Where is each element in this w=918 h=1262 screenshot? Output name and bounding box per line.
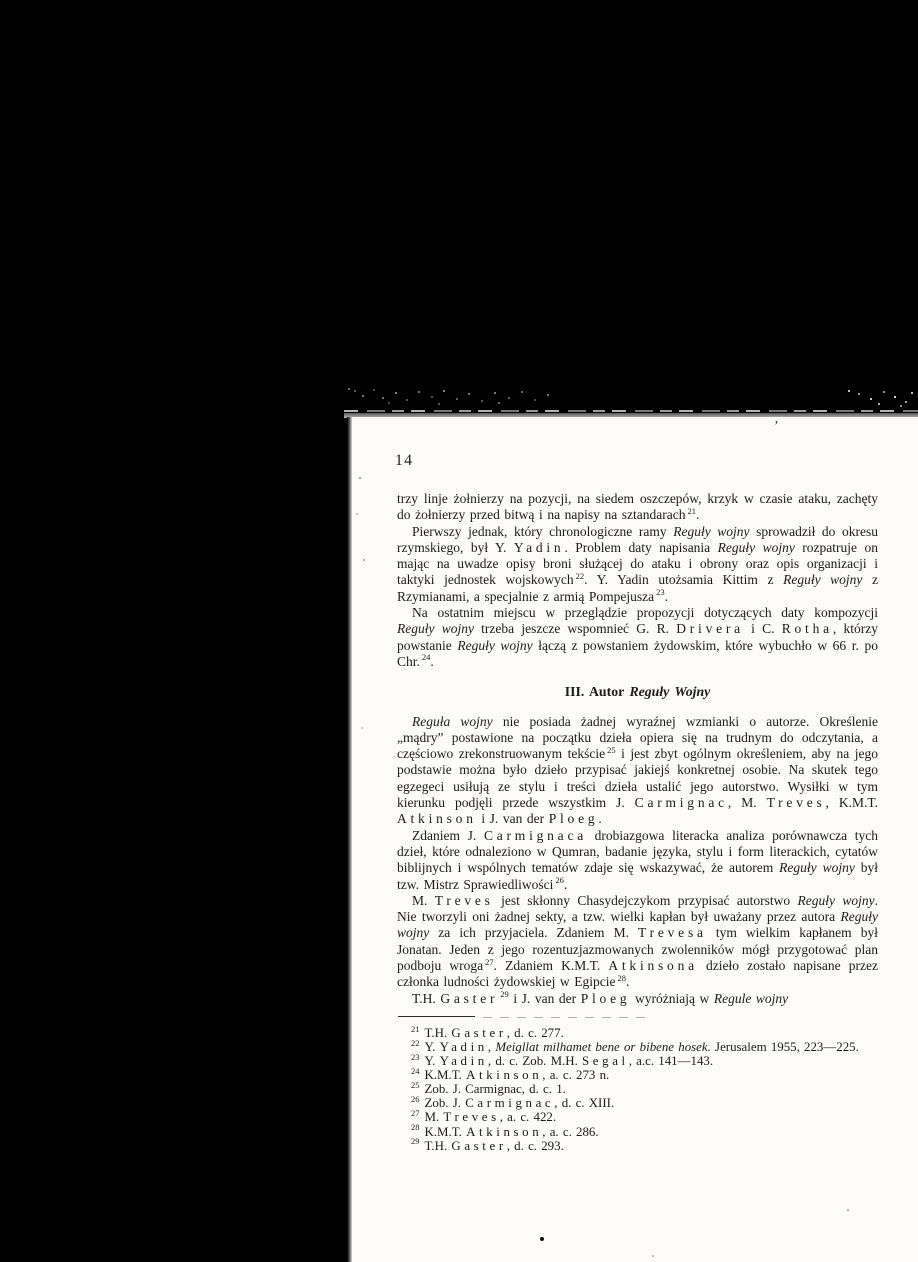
footnotes-block: 21T.H. Gaster, d. c. 277.22Y. Yadin, Mei… (397, 1026, 878, 1153)
letterspaced-name: Atkinson (397, 811, 477, 826)
stray-ink-dot (540, 1237, 544, 1241)
text-run: . (598, 811, 601, 826)
italic-text: Reguły wojny (397, 621, 474, 636)
body-paragraph: M. Treves jest skłonny Chasydejczykom pr… (397, 893, 878, 991)
footnote-ref: 22 (576, 571, 585, 581)
text-run: trzy linje żołnierzy na pozycji, na sied… (397, 491, 878, 522)
text-run: . (665, 589, 668, 604)
letterspaced-name: Yadin (514, 540, 565, 555)
footnote-number: 29 (411, 1136, 420, 1146)
text-run: M. (425, 1110, 444, 1124)
body-paragraph: Na ostatnim miejscu w przeglądzie propoz… (397, 605, 878, 670)
text-run: jest skłonny Chasydejczykom przypisać au… (494, 893, 798, 908)
footnote: 28K.M.T. Atkinson, a. c. 286. (397, 1125, 878, 1139)
heading-title: Reguły Wojny (629, 684, 710, 699)
heading-label: Autor (589, 684, 629, 699)
italic-text: Reguły wojny (783, 572, 862, 587)
letterspaced-name: Gaster (451, 1026, 506, 1040)
footnote-number: 27 (411, 1108, 420, 1118)
footnote: 29T.H. Gaster, d. c. 293. (397, 1139, 878, 1153)
letterspaced-name: Treves (435, 893, 494, 908)
letterspaced-name: Rotha (782, 621, 833, 636)
text-run: , a.c. 141—143. (629, 1054, 713, 1068)
page-number: 14 (395, 452, 414, 470)
text-run: K.M.T. (425, 1125, 467, 1139)
footnote-number: 24 (411, 1066, 420, 1076)
letterspaced-name: Atkinsona (608, 958, 698, 973)
letterspaced-name: Carmignac (465, 1096, 554, 1110)
letterspaced-name: Atkinson (466, 1125, 542, 1139)
stray-comma-mark: ’ (774, 419, 779, 435)
heading-numeral: III. (565, 684, 589, 699)
text-run: i C. (744, 621, 782, 636)
text-run: Zob. J. (425, 1096, 466, 1110)
footnote: 24K.M.T. Atkinson, a. c. 273 n. (397, 1068, 878, 1082)
letterspaced-name: Atkinson (466, 1068, 542, 1082)
text-run: Jerusalem 1955, 223—225. (711, 1040, 859, 1054)
body-paragraph: Reguła wojny nie posiada żadnej wyraźnej… (397, 714, 878, 828)
text-run: . (430, 654, 433, 669)
scan-noise-speckles-right (848, 390, 850, 392)
body-text: trzy linje żołnierzy na pozycji, na sied… (397, 491, 878, 1007)
scan-noise-speckles-left (348, 388, 350, 390)
text-run: za ich przyjaciela. Zdaniem M. (429, 925, 638, 940)
footnote-ref: 28 (618, 973, 627, 983)
text-run: Y. (425, 1054, 440, 1068)
footnote: 23Y. Yadin, d. c. Zob. M.H. Segal, a.c. … (397, 1054, 878, 1068)
section-heading: III. Autor Reguły Wojny (397, 684, 878, 700)
letterspaced-name: Segal (582, 1054, 629, 1068)
footnote-number: 25 (411, 1080, 420, 1090)
footnote-ref: 26 (555, 875, 564, 885)
text-run: T.H. (425, 1139, 452, 1153)
letterspaced-name: Treves (443, 1110, 499, 1124)
body-paragraph: Zdaniem J. Carmignaca drobiazgowa litera… (397, 828, 878, 893)
text-run: , d. c. Zob. M.H. (488, 1054, 582, 1068)
italic-text: Reguły wojny (673, 524, 749, 539)
scanned-book-photo: ’ 14 trzy linje żołnierzy na pozycji, na… (0, 0, 918, 1262)
italic-text: Reguły wojny (457, 638, 532, 653)
italic-text: Meigllat milhamet bene or bibene hosek. (495, 1040, 711, 1054)
footnote: 21T.H. Gaster, d. c. 277. (397, 1026, 878, 1040)
letterspaced-name: Drivera (676, 621, 744, 636)
text-run: . (564, 877, 567, 892)
text-run: , d. c. 293. (507, 1139, 564, 1153)
scan-edge-dashed-line (344, 410, 918, 412)
text-run: , a. c. 286. (542, 1125, 598, 1139)
text-run: , d. c. XIII. (554, 1096, 614, 1110)
text-run: , M. (728, 795, 767, 810)
italic-text: Reguła wojny (412, 714, 493, 729)
text-run: . Y. Yadin utożsamia Kittim z (584, 572, 783, 587)
footnote-separator (397, 1016, 878, 1020)
text-run: K.M.T. (425, 1068, 467, 1082)
footnote-ref: 29 (500, 989, 509, 999)
footnote-number: 23 (411, 1052, 420, 1062)
body-paragraph: trzy linje żołnierzy na pozycji, na sied… (397, 491, 878, 524)
italic-text: Reguły wojny (718, 540, 795, 555)
letterspaced-name: Carmignac (635, 795, 728, 810)
footnote: 27M. Treves, a. c. 422. (397, 1110, 878, 1124)
page-left-edge-shadow (347, 417, 352, 1262)
text-run: , K.M.T. (826, 795, 878, 810)
text-run: Pierwszy jednak, który chronologiczne ra… (412, 524, 673, 539)
letterspaced-name: Gaster (440, 991, 498, 1006)
text-run: Zob. J. Carmignac, d. c. 1. (425, 1082, 566, 1096)
text-run: i J. van der (509, 991, 581, 1006)
footnote-number: 28 (411, 1122, 420, 1132)
footnote-number: 22 (411, 1038, 420, 1048)
text-run: , a. c. 273 n. (542, 1068, 609, 1082)
letterspaced-name: Gaster (451, 1139, 506, 1153)
footnote-rule-faint-trail (483, 1017, 653, 1018)
footnote: 26Zob. J. Carmignac, d. c. XIII. (397, 1096, 878, 1110)
letterspaced-name: Ploeg (549, 811, 599, 826)
text-run: , d. c. 277. (507, 1026, 564, 1040)
body-paragraph: T.H. Gaster29 i J. van der Ploeg wyróżni… (397, 991, 878, 1007)
page-content: trzy linje żołnierzy na pozycji, na sied… (397, 491, 878, 1153)
text-run: i J. van der (477, 811, 549, 826)
text-run: Zdaniem J. (412, 828, 484, 843)
text-run: M. (412, 893, 435, 908)
text-run: . (626, 974, 629, 989)
text-run: trzeba jeszcze wspomnieć G. R. (474, 621, 676, 636)
italic-text: Regule wojny (714, 991, 788, 1006)
footnote: 22Y. Yadin, Meigllat milhamet bene or bi… (397, 1040, 878, 1054)
text-run: T.H. (425, 1026, 452, 1040)
footnote-ref: 25 (607, 745, 616, 755)
text-run: Y. (425, 1040, 440, 1054)
letterspaced-name: Treves (767, 795, 826, 810)
footnote-number: 26 (411, 1094, 420, 1104)
letterspaced-name: Ploeg (581, 991, 631, 1006)
footnote-ref: 27 (485, 957, 494, 967)
letterspaced-name: Trevesa (638, 925, 707, 940)
footnote-ref: 23 (656, 587, 665, 597)
letterspaced-name: Yadin (440, 1054, 488, 1068)
text-run: wyróżniają w (630, 991, 713, 1006)
footnote-number: 21 (411, 1024, 420, 1034)
italic-text: Reguły wojny (798, 893, 875, 908)
italic-text: Reguły wojny (779, 860, 855, 875)
footnote: 25Zob. J. Carmignac, d. c. 1. (397, 1082, 878, 1096)
text-run: Na ostatnim miejscu w przeglądzie propoz… (412, 605, 878, 620)
footnote-ref: 21 (688, 506, 697, 516)
paper-dust-specks (352, 417, 354, 419)
book-page: ’ 14 trzy linje żołnierzy na pozycji, na… (352, 417, 918, 1262)
letterspaced-name: Carmignaca (484, 828, 587, 843)
text-run: , a. c. 422. (500, 1110, 556, 1124)
letterspaced-name: Yadin (440, 1040, 488, 1054)
text-run: . Zdaniem K.M.T. (494, 958, 609, 973)
text-run: . Problem daty napisania (564, 540, 717, 555)
text-run: . (696, 507, 699, 522)
footnote-rule (398, 1016, 475, 1017)
text-run: T.H. (412, 991, 440, 1006)
body-paragraph: Pierwszy jednak, który chronologiczne ra… (397, 524, 878, 605)
